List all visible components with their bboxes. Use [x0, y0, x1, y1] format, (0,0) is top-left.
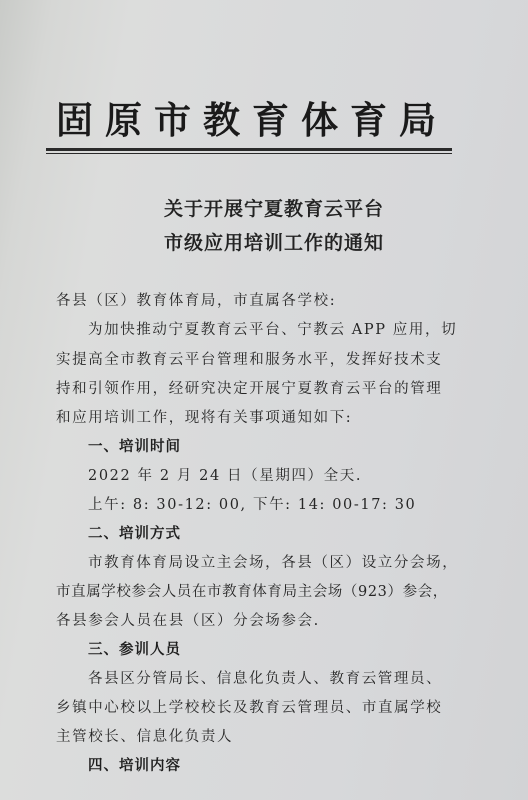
salutation: 各县（区）教育体育局，市直属各学校: — [56, 291, 336, 311]
intro-line: 持和引领作用，经研究决定开展宁夏教育云平台的管理 — [56, 379, 442, 399]
section-line: 市教育体育局设立主会场，各县（区）设立分会场， — [88, 553, 458, 573]
section-line: 主管校长、信息化负责人 — [56, 727, 233, 747]
intro-line: 实提高全市教育云平台管理和服务水平，发挥好技术支 — [56, 350, 442, 370]
section-heading-method: 二、培训方式 — [88, 524, 181, 544]
document-page: 固原市教育体育局 关于开展宁夏教育云平台 市级应用培训工作的通知 各县（区）教育… — [0, 0, 528, 800]
header-rule-thin — [46, 153, 452, 154]
section-heading-content: 四、培训内容 — [88, 756, 181, 776]
header-rule-thick — [46, 148, 452, 151]
section-line: 2022 年 2 月 24 日（星期四）全天. — [88, 466, 362, 486]
section-heading-time: 一、培训时间 — [88, 437, 181, 457]
document-title-line-2: 市级应用培训工作的通知 — [0, 228, 528, 255]
section-line: 各县参会人员在县（区）分会场参会. — [56, 611, 320, 631]
intro-line: 为加快推动宁夏教育云平台、宁教云 APP 应用，切 — [88, 320, 457, 340]
section-line: 各县区分管局长、信息化负责人、教育云管理员、 — [88, 669, 442, 689]
section-line: 上午: 8: 30-12: 00, 下午: 14: 00-17: 30 — [88, 495, 416, 515]
section-line: 市直属学校参会人员在市教育体育局主会场（923）参会， — [56, 582, 448, 602]
intro-line: 和应用培训工作，现将有关事项通知如下: — [56, 408, 352, 428]
section-heading-participants: 三、参训人员 — [88, 640, 181, 660]
section-line: 乡镇中心校以上学校校长及教育云管理员、市直属学校 — [56, 698, 442, 718]
organization-header: 固原市教育体育局 — [56, 98, 446, 142]
document-title-line-1: 关于开展宁夏教育云平台 — [0, 194, 528, 221]
